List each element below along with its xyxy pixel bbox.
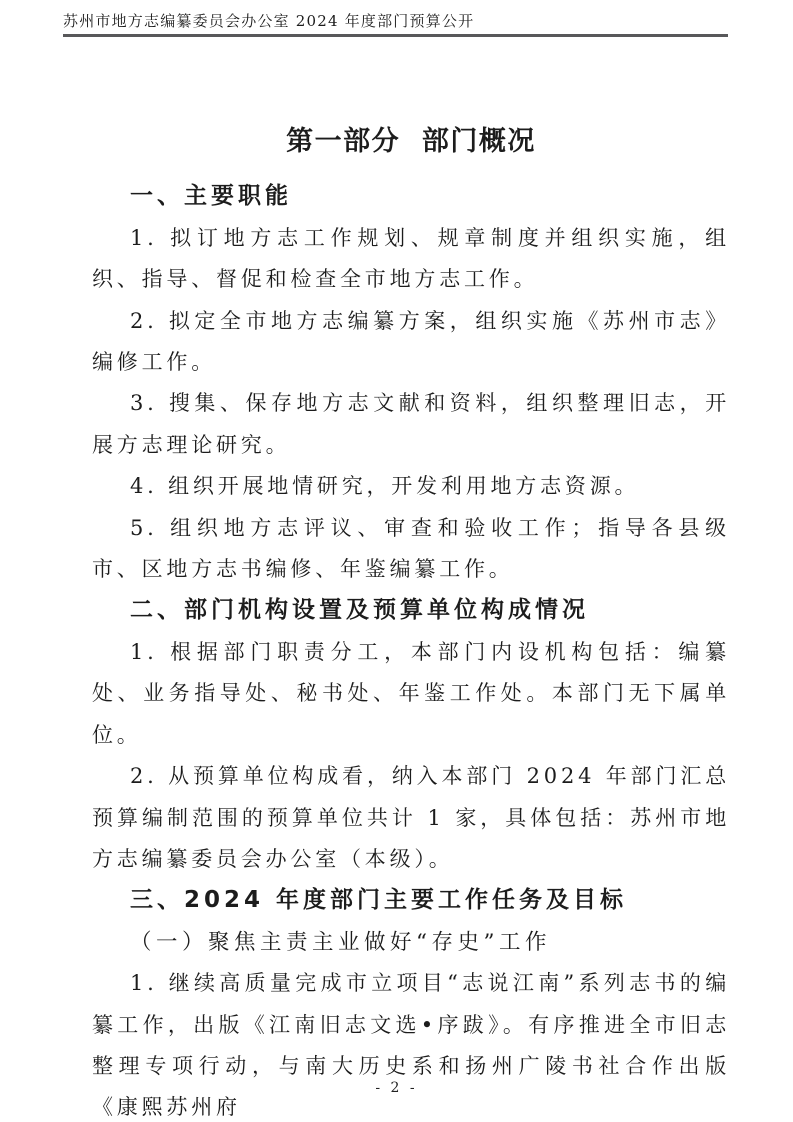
paragraph: 1. 继续高质量完成市立项目“志说江南”系列志书的编纂工作，出版《江南旧志文选•… bbox=[92, 963, 730, 1122]
page-header: 苏州市地方志编纂委员会办公室 2024 年度部门预算公开 bbox=[63, 10, 728, 37]
paragraph: 4. 组织开展地情研究，开发利用地方志资源。 bbox=[92, 466, 730, 507]
section-heading-2024-tasks: 三、2024 年度部门主要工作任务及目标 bbox=[92, 880, 730, 921]
document-page: 苏州市地方志编纂委员会办公室 2024 年度部门预算公开 第一部分 部门概况 一… bbox=[0, 0, 793, 1122]
document-title: 第一部分 部门概况 bbox=[92, 121, 730, 162]
paragraph: 3. 搜集、保存地方志文献和资料，组织整理旧志，开展方志理论研究。 bbox=[92, 383, 730, 466]
paragraph: 2. 从预算单位构成看，纳入本部门 2024 年部门汇总预算编制范围的预算单位共… bbox=[92, 756, 730, 880]
paragraph: 5. 组织地方志评议、审查和验收工作；指导各县级市、区地方志书编修、年鉴编纂工作… bbox=[92, 508, 730, 591]
document-body: 第一部分 部门概况 一、主要职能 1. 拟订地方志工作规划、规章制度并组织实施，… bbox=[92, 121, 730, 1122]
paragraph: 1. 根据部门职责分工，本部门内设机构包括：编纂处、业务指导处、秘书处、年鉴工作… bbox=[92, 632, 730, 756]
header-rule bbox=[63, 34, 728, 37]
page-number: - 2 - bbox=[0, 1080, 793, 1096]
header-title: 苏州市地方志编纂委员会办公室 2024 年度部门预算公开 bbox=[63, 10, 728, 31]
section-heading-org-setup: 二、部门机构设置及预算单位构成情况 bbox=[92, 590, 730, 631]
paragraph: 1. 拟订地方志工作规划、规章制度并组织实施，组织、指导、督促和检查全市地方志工… bbox=[92, 218, 730, 301]
sub-heading-preserve-history: （一）聚焦主责主业做好“存史”工作 bbox=[92, 922, 730, 963]
section-heading-main-functions: 一、主要职能 bbox=[92, 176, 730, 217]
paragraph: 2. 拟定全市地方志编纂方案，组织实施《苏州市志》编修工作。 bbox=[92, 301, 730, 384]
